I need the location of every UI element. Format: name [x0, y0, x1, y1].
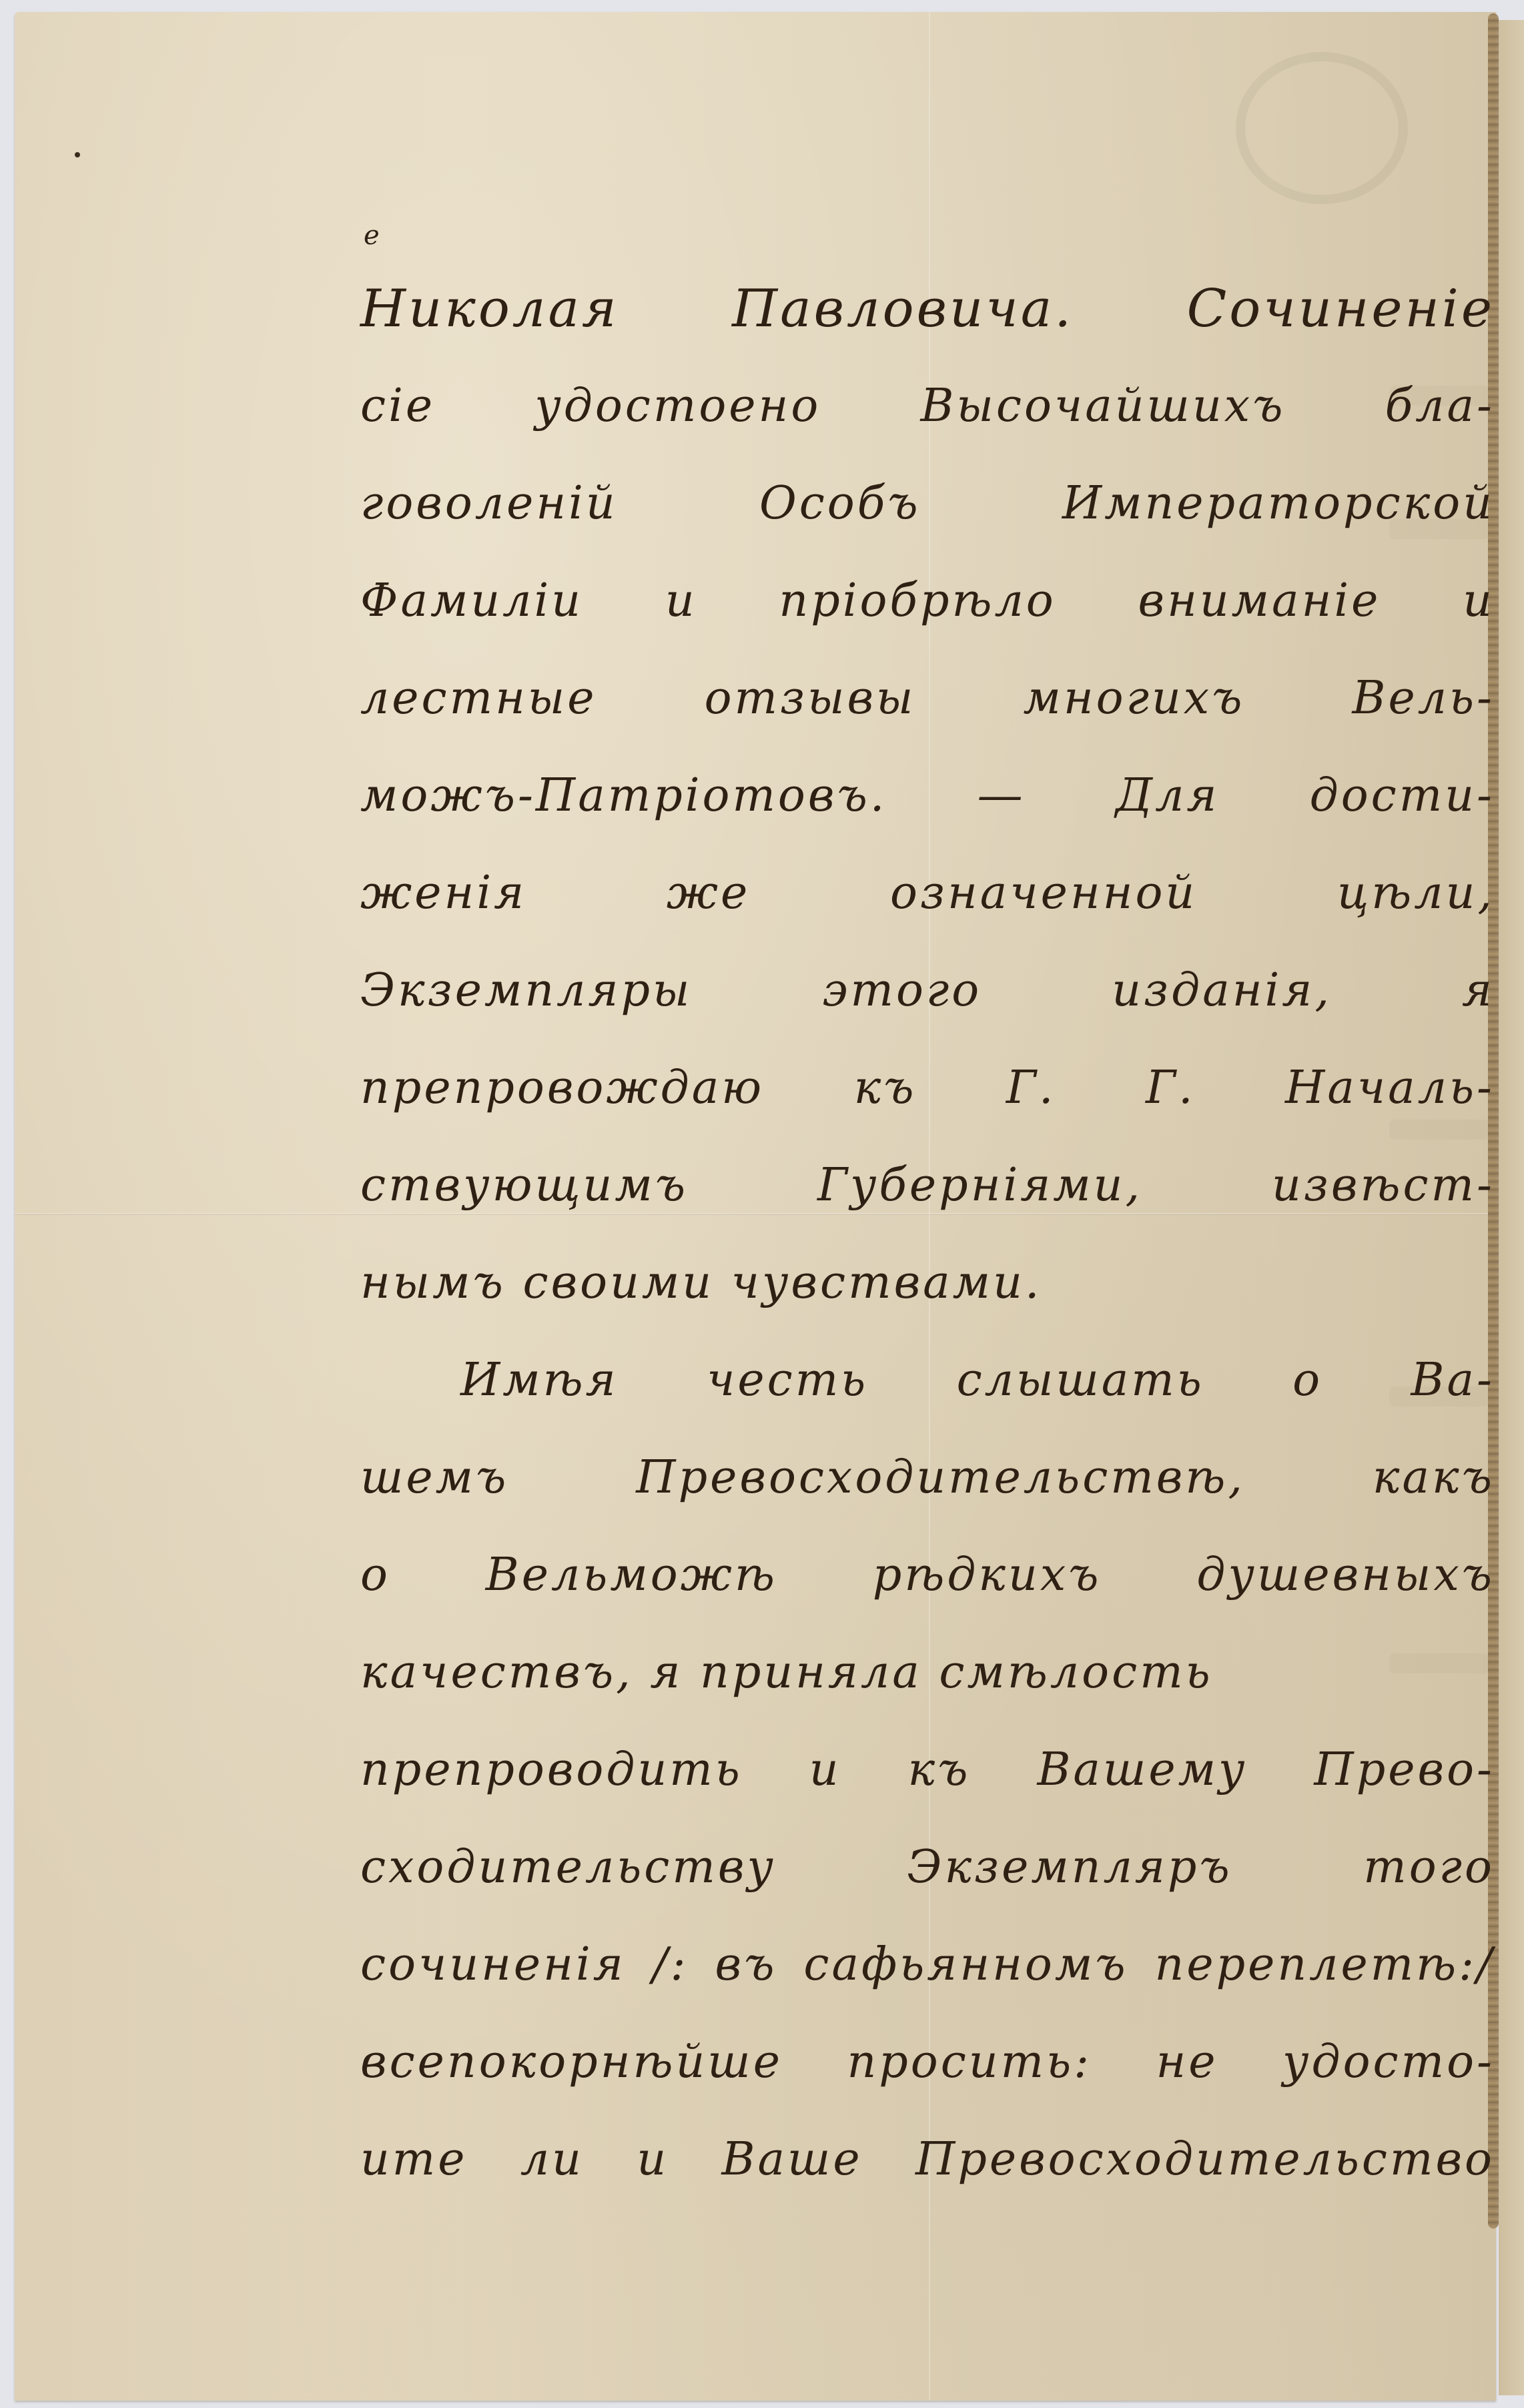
letter-line: женія же означенной цѣли,: [360, 845, 1495, 942]
letter-line: препровождаю къ Г. Г. Началь-: [360, 1040, 1495, 1137]
letter-line: можъ-Патріотовъ. — Для дости-: [360, 747, 1495, 845]
letter-line: сіе удостоено Высочайшихъ бла-: [360, 358, 1495, 455]
letter-line: говоленій Особъ Императорской: [360, 455, 1495, 552]
letter-line: сочиненія /: въ сафьянномъ переплетѣ:/: [360, 1916, 1495, 2014]
letter-line: Фамиліи и пріобрѣло вниманіе и: [360, 552, 1495, 650]
letter-line: лестные отзывы многихъ Вель-: [360, 650, 1495, 747]
bleed-through-stamp: [1236, 52, 1408, 204]
letter-line: всепокорнѣйше просить: не удосто-: [360, 2014, 1495, 2111]
superscript-mark: е: [364, 220, 380, 251]
letter-line: шемъ Превосходительствѣ, какъ: [360, 1429, 1495, 1527]
letter-line: качествъ, я приняла смѣлость: [360, 1624, 1508, 1721]
letter-line: нымъ своими чувствами.: [360, 1234, 1508, 1332]
letter-line: ите ли и Ваше Превосходительство: [360, 2111, 1495, 2209]
letter-line: препроводить и къ Вашему Прево-: [360, 1721, 1495, 1819]
letter-line: сходительству Экземпляръ того: [360, 1819, 1495, 1916]
letter-line: о Вельможѣ рѣдкихъ душевныхъ: [360, 1527, 1495, 1624]
letter-line: Экземпляры этого изданія, я: [360, 942, 1495, 1040]
ink-dot: [75, 152, 80, 157]
letter-line: ствующимъ Губерніями, извѣст-: [360, 1137, 1495, 1234]
letter-line: Николая Павловича. Сочиненіе: [360, 260, 1495, 358]
letter-body: Николая Павловича. Сочиненіе сіе удостое…: [360, 260, 1508, 2209]
letter-line-paragraph-start: Имѣя честь слышать о Ва-: [360, 1332, 1495, 1429]
